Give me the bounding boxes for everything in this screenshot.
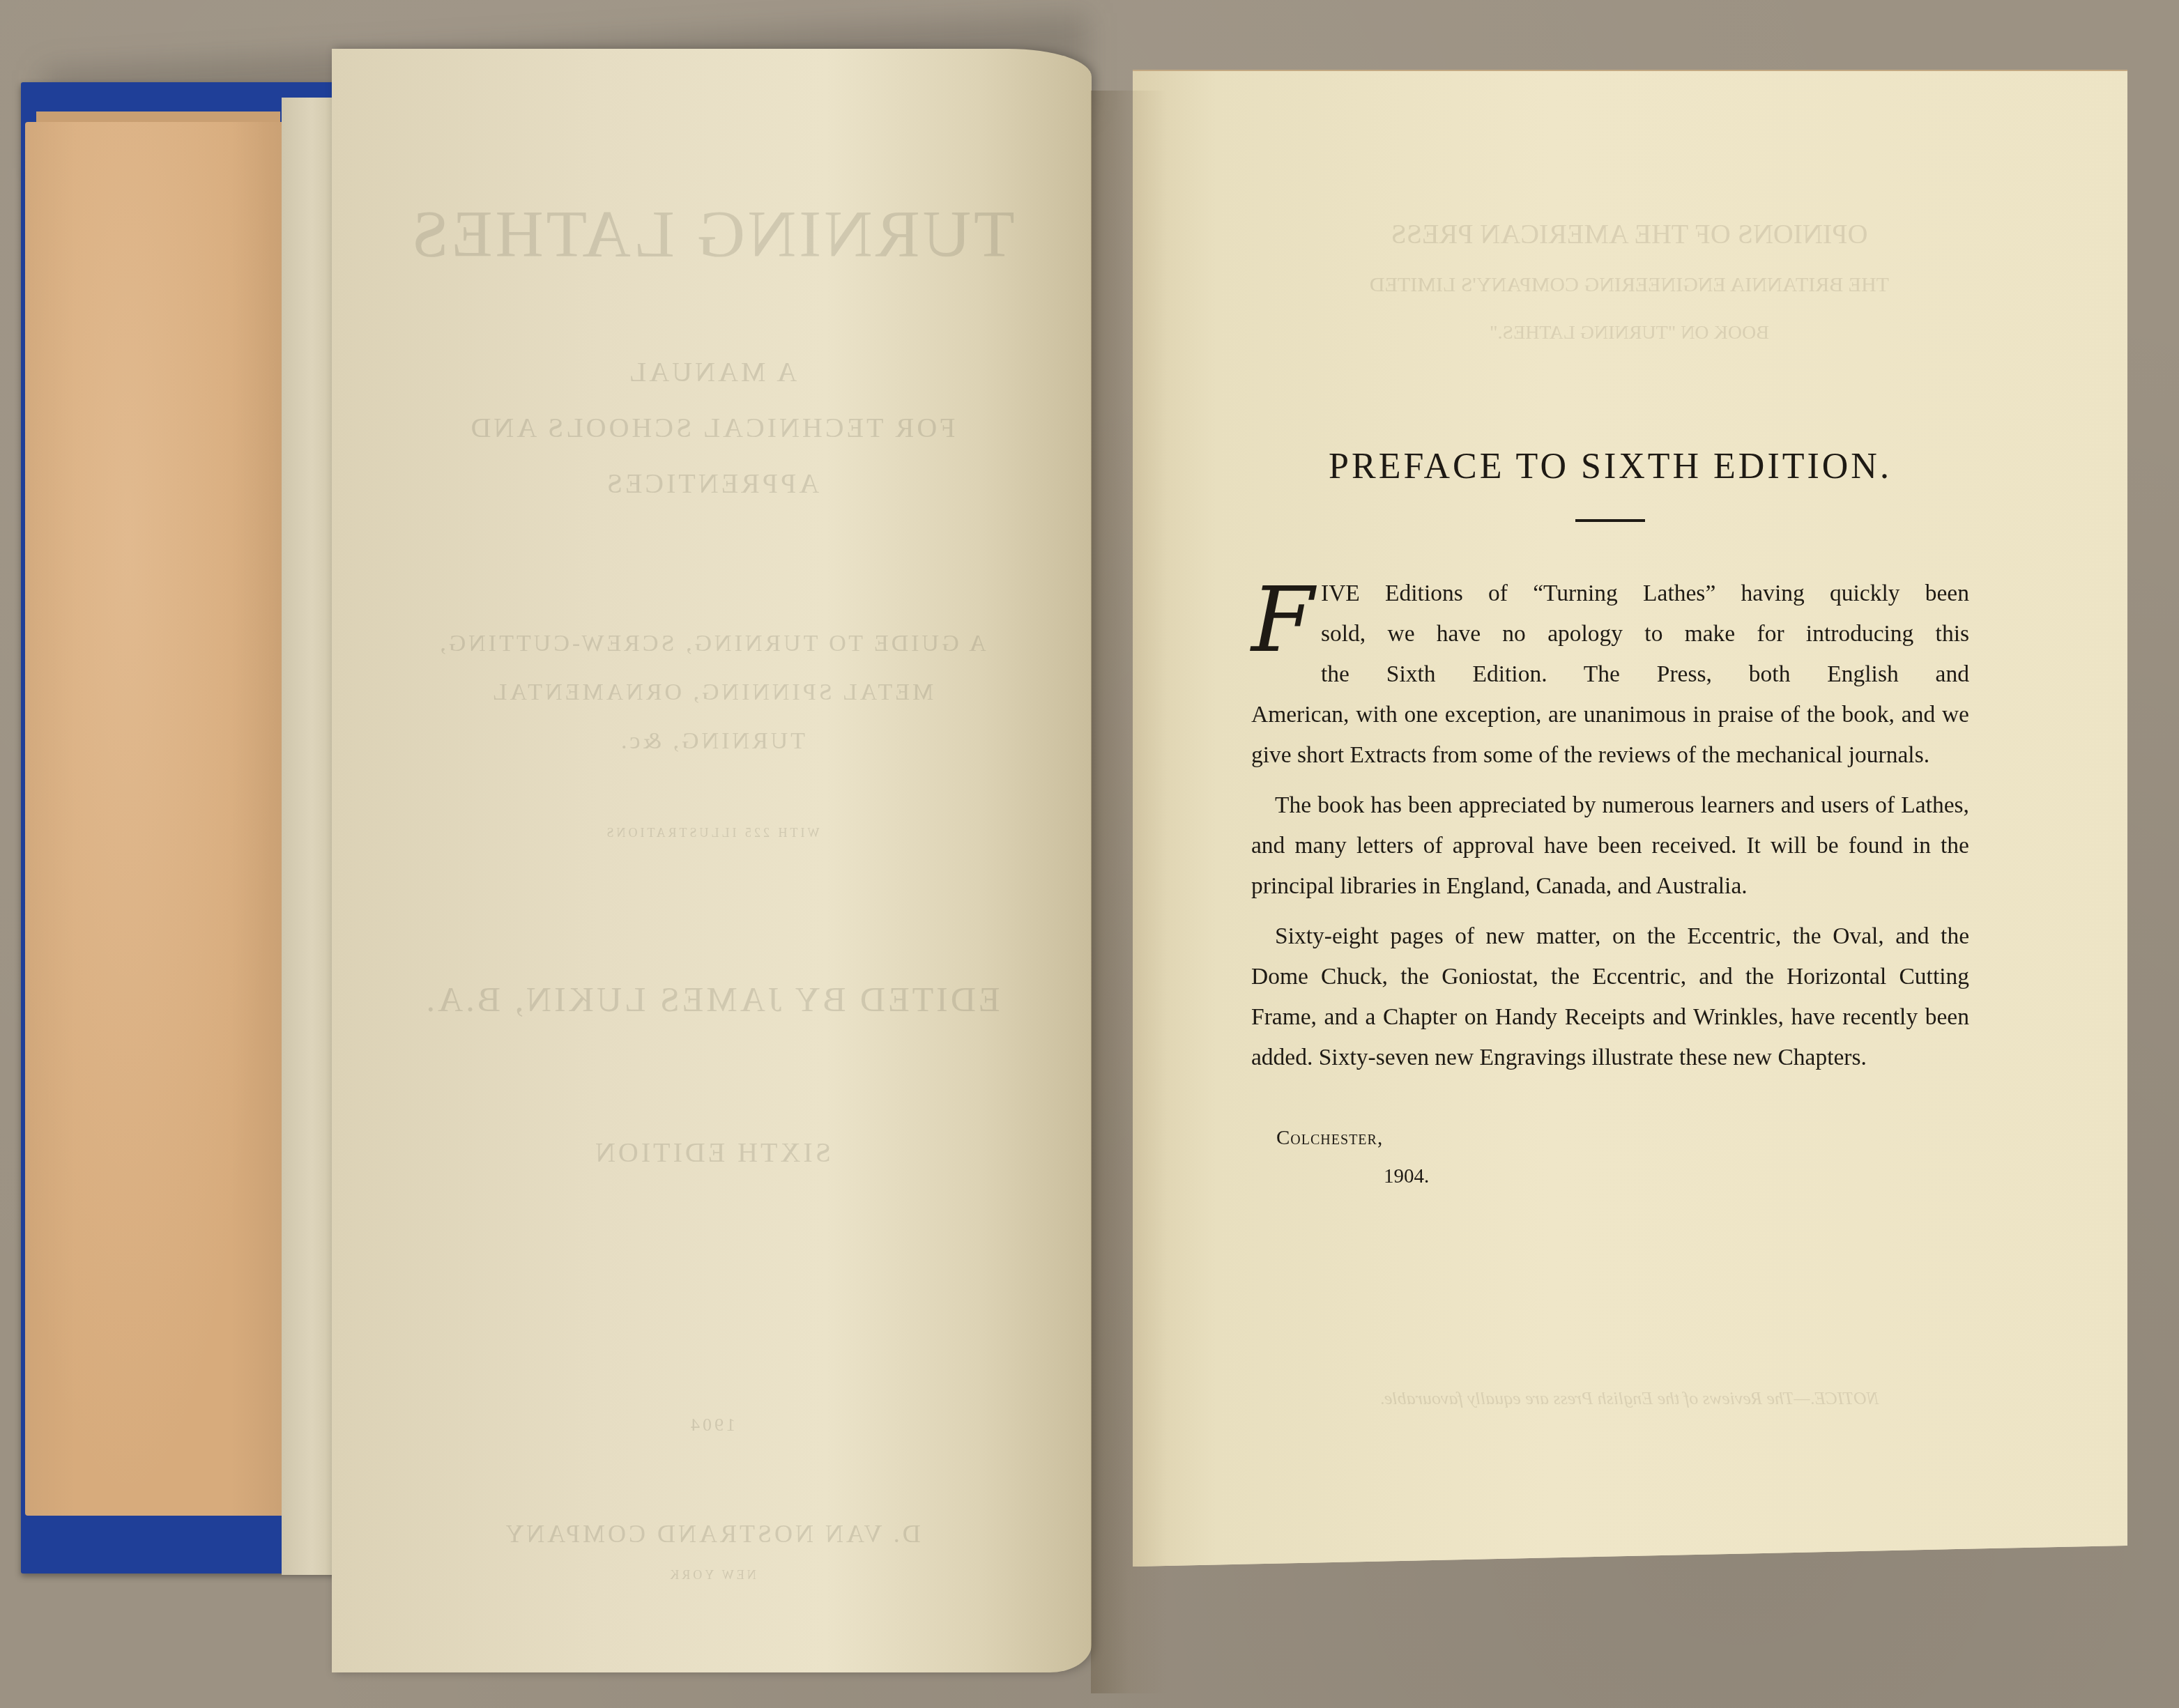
page-title: PREFACE TO SIXTH EDITION. [1251,446,1969,487]
dropcap-letter: F [1251,578,1314,661]
left-page-title-verso[interactable]: TURNING LATHES A MANUAL FOR TECHNICAL SC… [332,49,1092,1672]
bleed-edition: SIXTH EDITION [332,1136,1092,1169]
bleed-editor: EDITED BY JAMES LUKIN, B.A. [332,979,1092,1020]
signoff-year: 1904. [1251,1165,1969,1188]
bleed-heading-1: OPINIONS OF THE AMERICAN PRESS [1133,217,2126,250]
bleed-guide-1: A GUIDE TO TURNING, SCREW-CUTTING, [332,631,1092,657]
paragraph-1: F IVE Editions of “Turning Lathes” havin… [1251,574,1969,776]
bleed-guide-2: METAL SPINNING, ORNAMENTAL [332,679,1092,706]
paragraph-2: The book has been appreciated by numerou… [1251,785,1969,907]
bleed-guide-3: TURNING, &c. [332,728,1092,755]
bleed-subtitle-2: FOR TECHNICAL SCHOOLS AND [332,411,1092,444]
flyleaf-strip [282,98,332,1575]
bleed-title: TURNING LATHES [332,195,1092,272]
bleed-subtitle-3: APPRENTICES [332,467,1092,500]
preface-content: PREFACE TO SIXTH EDITION. F IVE Editions… [1251,446,1969,1188]
bleed-heading-3: BOOK ON "TURNING LATHES." [1133,322,2126,344]
bleed-publisher: D. VAN NOSTRAND COMPANY [332,1519,1092,1548]
paragraph-3: Sixty-eight pages of new matter, on the … [1251,916,1969,1078]
paragraph-1-line-2: sold, we have no apology to make for int… [1321,614,1969,654]
bleed-footer-note: NOTICE.—The Reviews of the English Press… [1133,1388,2126,1409]
paragraph-1-line-1: IVE Editions of “Turning Lathes” having … [1321,574,1969,614]
paragraph-1-line-3: the Sixth Edition. The Press, both Engli… [1321,654,1969,695]
bleed-illustrations: WITH 225 ILLUSTRATIONS [332,826,1092,840]
bleed-year: 1904 [332,1415,1092,1436]
bleed-heading-2: THE BRITANNIA ENGINEERING COMPANY'S LIMI… [1133,273,2126,297]
gutter-shadow [1091,91,1168,1693]
signoff-place: Colchester, [1251,1127,1969,1150]
bleed-subtitle-1: A MANUAL [332,355,1092,388]
endpaper [25,122,282,1516]
bleed-city: NEW YORK [332,1568,1092,1583]
signoff: Colchester, 1904. [1251,1127,1969,1188]
title-rule [1575,519,1645,522]
paragraph-1-rest: American, with one exception, are unanim… [1251,695,1969,776]
